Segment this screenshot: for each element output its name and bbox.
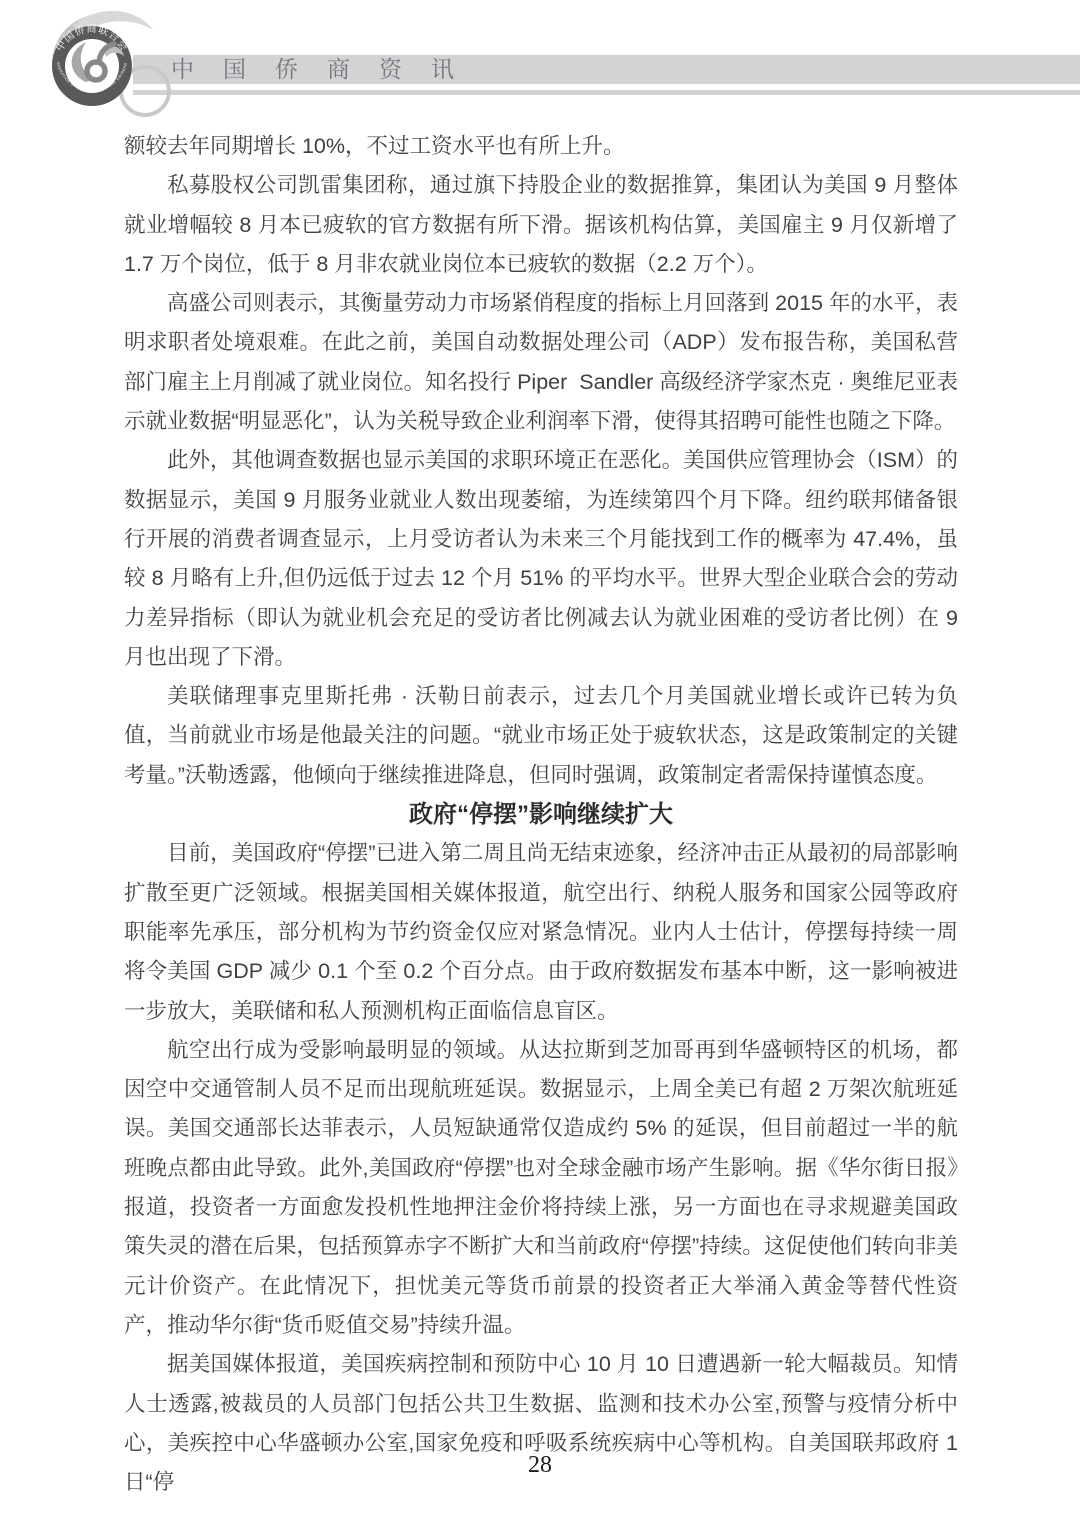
- paragraph-fed-waller: 美联储理事克里斯托弗 · 沃勒日前表示，过去几个月美国就业增长或许已转为负值，当…: [124, 677, 958, 795]
- federation-seal-logo-icon: 中国侨商联合会 CHINA FEDERATION OF OVERSEAS CHI…: [0, 0, 190, 140]
- paragraph-aviation-markets: 航空出行成为受影响最明显的领域。从达拉斯到芝加哥再到华盛顿特区的机场，都因空中交…: [124, 1031, 958, 1345]
- paragraph-continuation: 额较去年同期增长 10%，不过工资水平也有所上升。: [124, 127, 958, 166]
- paragraph-ism-survey: 此外，其他调查数据也显示美国的求职环境正在恶化。美国供应管理协会（ISM）的数据…: [124, 441, 958, 677]
- header-banner-title: 中国侨商资讯: [171, 57, 483, 82]
- paragraph-carlyle-estimate: 私募股权公司凯雷集团称，通过旗下持股企业的数据推算，集团认为美国 9 月整体就业…: [124, 166, 958, 284]
- paragraph-shutdown-impact: 目前，美国政府“停摆”已进入第二周且尚无结束迹象，经济冲击正从最初的局部影响扩散…: [124, 834, 958, 1030]
- page-number: 28: [0, 1452, 1080, 1479]
- paragraph-goldman-adp: 高盛公司则表示，其衡量劳动力市场紧俏程度的指标上月回落到 2015 年的水平，表…: [124, 284, 958, 441]
- article-body: 额较去年同期增长 10%，不过工资水平也有所上升。 私募股权公司凯雷集团称，通过…: [124, 127, 958, 1502]
- section-heading-shutdown: 政府“停摆”影响继续扩大: [124, 795, 958, 834]
- header-banner-underline: [133, 90, 1080, 95]
